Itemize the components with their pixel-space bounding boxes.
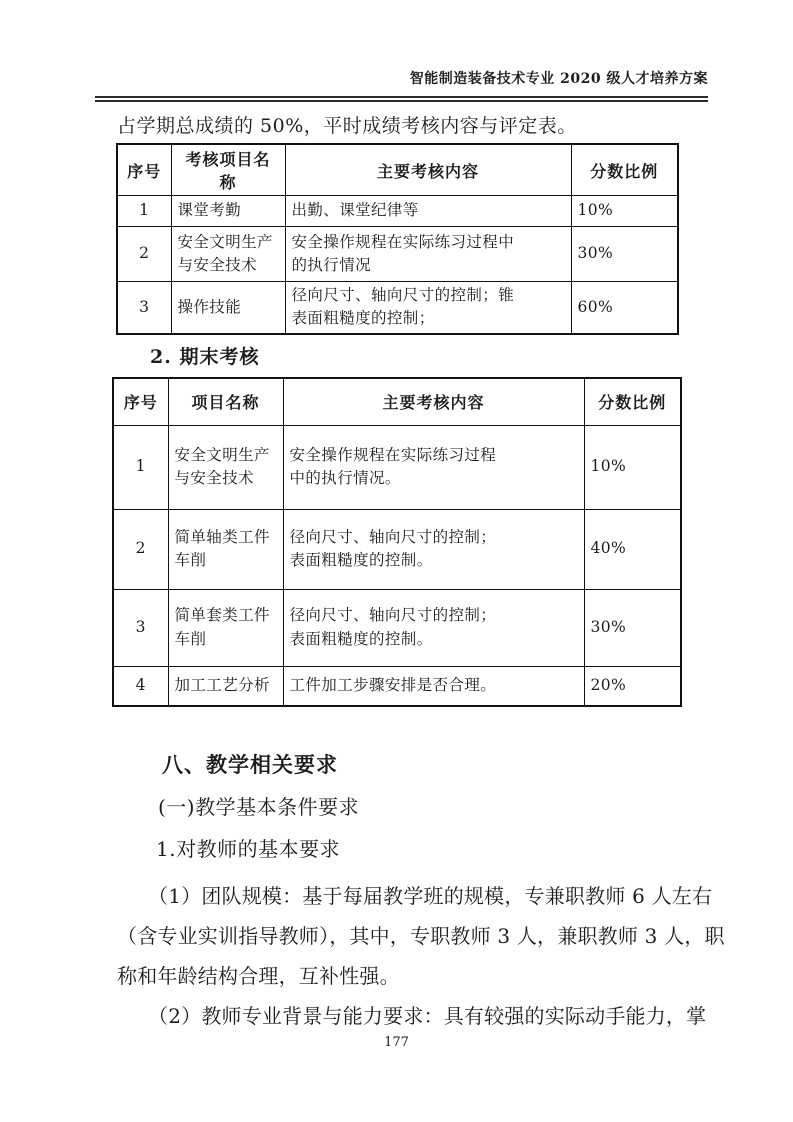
- cell-item: 加工工艺分析: [168, 666, 283, 706]
- cell-no: 2: [113, 509, 168, 589]
- table-row: 3 操作技能 径向尺寸、轴向尺寸的控制；锥 表面粗糙度的控制； 60%: [117, 282, 678, 334]
- col-header-no: 序号: [113, 378, 168, 425]
- table-row: 2 安全文明生产 与安全技术 安全操作规程在实际练习过程中 的执行情况 30%: [117, 227, 678, 282]
- running-header: 智能制造装备技术专业 2020 级人才培养方案: [0, 68, 708, 88]
- cell-item: 简单套类工件 车削: [168, 589, 283, 666]
- cell-item: 操作技能: [171, 282, 285, 334]
- table-row: 3 简单套类工件 车削 径向尺寸、轴向尺寸的控制； 表面粗糙度的控制。 30%: [113, 589, 681, 666]
- paragraph-2-line-1: （2）教师专业背景与能力要求：具有较强的实际动手能力，掌: [148, 1000, 706, 1029]
- table-row: 4 加工工艺分析 工件加工步骤安排是否合理。 20%: [113, 666, 681, 706]
- cell-content: 出勤、课堂纪律等: [285, 196, 571, 227]
- table-header-row: 序号 项目名称 主要考核内容 分数比例: [113, 378, 681, 425]
- paragraph-1-line-3: 称和年龄结构合理，互补性强。: [117, 960, 400, 989]
- cell-ratio: 40%: [584, 509, 681, 589]
- cell-item: 安全文明生产 与安全技术: [171, 227, 285, 282]
- col-header-content: 主要考核内容: [283, 378, 584, 425]
- table-row: 2 简单轴类工件 车削 径向尺寸、轴向尺寸的控制； 表面粗糙度的控制。 40%: [113, 509, 681, 589]
- cell-content: 工件加工步骤安排是否合理。: [283, 666, 584, 706]
- col-header-ratio: 分数比例: [571, 144, 678, 196]
- cell-ratio: 10%: [584, 425, 681, 509]
- cell-no: 1: [113, 425, 168, 509]
- cell-content: 径向尺寸、轴向尺寸的控制；锥 表面粗糙度的控制；: [285, 282, 571, 334]
- cell-no: 2: [117, 227, 171, 282]
- sub-heading-teacher-requirements: 1.对教师的基本要求: [156, 833, 340, 862]
- col-header-item: 项目名称: [168, 378, 283, 425]
- col-header-no: 序号: [117, 144, 171, 196]
- final-assessment-table: 序号 项目名称 主要考核内容 分数比例 1 安全文明生产 与安全技术 安全操作规…: [112, 377, 682, 707]
- cell-no: 3: [117, 282, 171, 334]
- cell-ratio: 10%: [571, 196, 678, 227]
- intro-paragraph: 占学期总成绩的 50%，平时成绩考核内容与评定表。: [117, 111, 577, 138]
- table-row: 1 安全文明生产 与安全技术 安全操作规程在实际练习过程 中的执行情况。 10%: [113, 425, 681, 509]
- cell-no: 1: [117, 196, 171, 227]
- cell-content: 安全操作规程在实际练习过程中 的执行情况: [285, 227, 571, 282]
- cell-ratio: 30%: [571, 227, 678, 282]
- cell-content: 径向尺寸、轴向尺寸的控制； 表面粗糙度的控制。: [283, 589, 584, 666]
- table-header-row: 序号 考核项目名称 主要考核内容 分数比例: [117, 144, 678, 196]
- final-exam-heading: 2. 期末考核: [150, 342, 259, 369]
- cell-ratio: 30%: [584, 589, 681, 666]
- cell-content: 径向尺寸、轴向尺寸的控制； 表面粗糙度的控制。: [283, 509, 584, 589]
- section-heading: 八、教学相关要求: [162, 749, 338, 779]
- col-header-item: 考核项目名称: [171, 144, 285, 196]
- sub-heading-conditions: (一)教学基本条件要求: [158, 791, 359, 820]
- page-number: 177: [0, 1035, 793, 1050]
- header-double-rule: [95, 96, 708, 102]
- cell-item: 简单轴类工件 车削: [168, 509, 283, 589]
- cell-item: 课堂考勤: [171, 196, 285, 227]
- col-header-ratio: 分数比例: [584, 378, 681, 425]
- cell-content: 安全操作规程在实际练习过程 中的执行情况。: [283, 425, 584, 509]
- paragraph-1-line-1: （1）团队规模：基于每届教学班的规模，专兼职教师 6 人左右: [148, 880, 712, 909]
- regular-assessment-table: 序号 考核项目名称 主要考核内容 分数比例 1 课堂考勤 出勤、课堂纪律等 10…: [116, 143, 679, 335]
- table-row: 1 课堂考勤 出勤、课堂纪律等 10%: [117, 196, 678, 227]
- cell-no: 3: [113, 589, 168, 666]
- cell-item: 安全文明生产 与安全技术: [168, 425, 283, 509]
- cell-no: 4: [113, 666, 168, 706]
- paragraph-1-line-2: （含专业实训指导教师），其中，专职教师 3 人，兼职教师 3 人，职: [117, 920, 725, 949]
- cell-ratio: 20%: [584, 666, 681, 706]
- cell-ratio: 60%: [571, 282, 678, 334]
- col-header-content: 主要考核内容: [285, 144, 571, 196]
